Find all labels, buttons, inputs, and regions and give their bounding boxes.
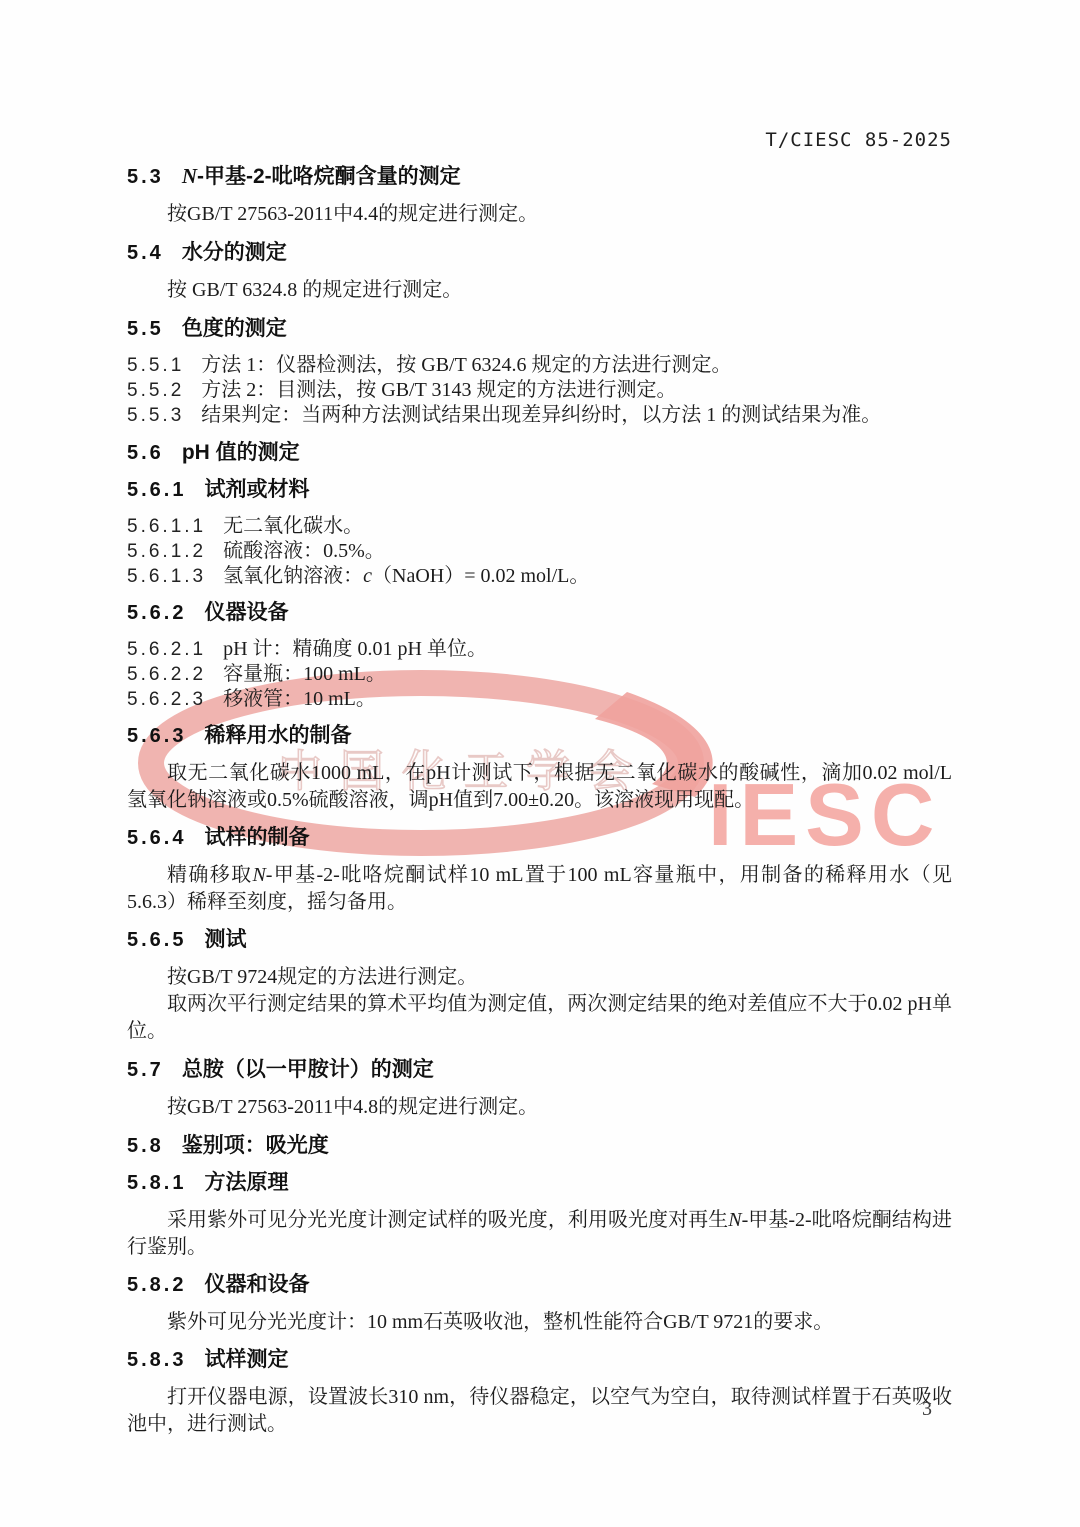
text-run: 取无二氧化碳水1000 mL，在pH计测试下，根据无二氧化碳水的酸碱性，滴加0.… bbox=[127, 762, 952, 811]
section-heading: 5.3N-甲基-2-吡咯烷酮含量的测定 bbox=[127, 163, 952, 190]
subsection-heading: 5.6.4试样的制备 bbox=[127, 825, 952, 851]
paragraph: 打开仪器电源，设置波长310 nm，待仪器稳定，以空气为空白，取待测试样置于石英… bbox=[127, 1384, 952, 1438]
clause-number: 5.6.2.1 bbox=[127, 639, 206, 660]
text-run: 氢氧化钠溶液： bbox=[223, 565, 363, 587]
subsection-heading: 5.8.2仪器和设备 bbox=[127, 1272, 952, 1298]
paragraph: 按GB/T 27563-2011中4.8的规定进行测定。 bbox=[127, 1094, 952, 1121]
italic-text: N bbox=[252, 864, 265, 886]
section-heading: 5.6pH 值的测定 bbox=[127, 440, 952, 466]
clause-item: 5.6.1.2硫酸溶液：0.5%。 bbox=[127, 539, 952, 564]
clause-number: 5.6.2.3 bbox=[127, 689, 206, 710]
text-run: 鉴别项：吸光度 bbox=[182, 1134, 329, 1157]
text-run: pH 计：精确度 0.01 pH 单位。 bbox=[223, 638, 487, 660]
clause-number: 5.6 bbox=[127, 442, 164, 464]
text-run: 按GB/T 27563-2011中4.8的规定进行测定。 bbox=[167, 1096, 538, 1118]
text-run: 结果判定：当两种方法测试结果出现差异纠纷时，以方法 1 的测试结果为准。 bbox=[201, 404, 881, 426]
text-run: 试样的制备 bbox=[204, 826, 309, 849]
clause-item: 5.6.1.3氢氧化钠溶液：c（NaOH）= 0.02 mol/L。 bbox=[127, 564, 952, 589]
clause-number: 5.5.1 bbox=[127, 355, 184, 376]
section-heading: 5.7总胺（以一甲胺计）的测定 bbox=[127, 1057, 952, 1083]
clause-number: 5.4 bbox=[127, 242, 164, 264]
clause-item: 5.6.1.1无二氧化碳水。 bbox=[127, 514, 952, 539]
clause-number: 5.6.2 bbox=[127, 602, 186, 624]
text-run: 方法 2：目测法，按 GB/T 3143 规定的方法进行测定。 bbox=[201, 379, 676, 401]
subsection-heading: 5.8.3试样测定 bbox=[127, 1347, 952, 1373]
paragraph: 采用紫外可见分光光度计测定试样的吸光度，利用吸光度对再生N-甲基-2-吡咯烷酮结… bbox=[127, 1207, 952, 1261]
text-run: 色度的测定 bbox=[182, 317, 287, 340]
subsection-heading: 5.6.1试剂或材料 bbox=[127, 477, 952, 503]
paragraph: 按GB/T 9724规定的方法进行测定。 bbox=[127, 964, 952, 991]
text-run: 按 GB/T 6324.8 的规定进行测定。 bbox=[167, 279, 462, 301]
subsection-heading: 5.6.3稀释用水的制备 bbox=[127, 723, 952, 749]
italic-text: c bbox=[363, 565, 372, 587]
text-run: 按GB/T 27563-2011中4.4的规定进行测定。 bbox=[167, 203, 538, 225]
text-run: 精确移取 bbox=[167, 864, 252, 886]
clause-number: 5.6.3 bbox=[127, 725, 186, 747]
clause-number: 5.6.1 bbox=[127, 479, 186, 501]
clause-number: 5.5 bbox=[127, 318, 164, 340]
subsection-heading: 5.6.5测试 bbox=[127, 927, 952, 953]
clause-item: 5.6.2.3移液管：10 mL。 bbox=[127, 687, 952, 712]
italic-text: N bbox=[182, 164, 197, 188]
clause-number: 5.6.1.1 bbox=[127, 516, 206, 537]
clause-number: 5.3 bbox=[127, 166, 164, 188]
text-run: 总胺（以一甲胺计）的测定 bbox=[182, 1058, 434, 1081]
subsection-heading: 5.8.1方法原理 bbox=[127, 1170, 952, 1196]
section-heading: 5.8鉴别项：吸光度 bbox=[127, 1133, 952, 1159]
text-run: 稀释用水的制备 bbox=[204, 724, 351, 747]
doc-code-header: T/CIESC 85-2025 bbox=[127, 129, 952, 151]
text-run: 水分的测定 bbox=[182, 241, 287, 264]
text-run: 取两次平行测定结果的算术平均值为测定值，两次测定结果的绝对差值应不大于0.02 … bbox=[127, 993, 952, 1042]
clause-number: 5.8.1 bbox=[127, 1172, 186, 1194]
text-run: 方法原理 bbox=[204, 1171, 288, 1194]
clause-number: 5.6.1.3 bbox=[127, 566, 206, 587]
clause-number: 5.8 bbox=[127, 1135, 164, 1157]
text-run: 测试 bbox=[204, 928, 246, 951]
italic-text: N bbox=[728, 1209, 741, 1231]
text-run: 打开仪器电源，设置波长310 nm，待仪器稳定，以空气为空白，取待测试样置于石英… bbox=[127, 1386, 952, 1435]
text-run: 移液管：10 mL。 bbox=[223, 688, 376, 710]
text-run: -甲基-2-吡咯烷酮含量的测定 bbox=[197, 165, 461, 188]
section-heading: 5.4水分的测定 bbox=[127, 240, 952, 266]
text-run: 按GB/T 9724规定的方法进行测定。 bbox=[167, 966, 477, 988]
clause-number: 5.5.3 bbox=[127, 405, 184, 426]
text-run: 硫酸溶液：0.5%。 bbox=[223, 540, 385, 562]
clause-item: 5.5.3结果判定：当两种方法测试结果出现差异纠纷时，以方法 1 的测试结果为准… bbox=[127, 403, 952, 428]
text-run: 试剂或材料 bbox=[204, 478, 309, 501]
paragraph: 紫外可见分光光度计：10 mm石英吸收池，整机性能符合GB/T 9721的要求。 bbox=[127, 1309, 952, 1336]
clause-number: 5.6.2.2 bbox=[127, 664, 206, 685]
text-run: 仪器设备 bbox=[204, 601, 288, 624]
clause-item: 5.5.2方法 2：目测法，按 GB/T 3143 规定的方法进行测定。 bbox=[127, 378, 952, 403]
paragraph: 取两次平行测定结果的算术平均值为测定值，两次测定结果的绝对差值应不大于0.02 … bbox=[127, 991, 952, 1045]
document-body: 5.3N-甲基-2-吡咯烷酮含量的测定按GB/T 27563-2011中4.4的… bbox=[127, 163, 952, 1438]
clause-number: 5.8.3 bbox=[127, 1349, 186, 1371]
clause-number: 5.6.5 bbox=[127, 929, 186, 951]
page-number: 3 bbox=[922, 1398, 932, 1421]
paragraph: 按GB/T 27563-2011中4.4的规定进行测定。 bbox=[127, 201, 952, 228]
text-run: （NaOH）= 0.02 mol/L。 bbox=[372, 565, 589, 587]
text-run: 试样测定 bbox=[204, 1348, 288, 1371]
text-run: pH 值的测定 bbox=[182, 441, 300, 464]
text-run: 紫外可见分光光度计：10 mm石英吸收池，整机性能符合GB/T 9721的要求。 bbox=[167, 1311, 833, 1333]
text-run: 无二氧化碳水。 bbox=[223, 515, 363, 537]
page-content: T/CIESC 85-2025 5.3N-甲基-2-吡咯烷酮含量的测定按GB/T… bbox=[0, 0, 1080, 1438]
text-run: 容量瓶：100 mL。 bbox=[223, 663, 386, 685]
paragraph: 精确移取N-甲基-2-吡咯烷酮试样10 mL置于100 mL容量瓶中，用制备的稀… bbox=[127, 862, 952, 916]
text-run: 采用紫外可见分光光度计测定试样的吸光度，利用吸光度对再生 bbox=[167, 1209, 728, 1231]
clause-item: 5.6.2.2容量瓶：100 mL。 bbox=[127, 662, 952, 687]
section-heading: 5.5色度的测定 bbox=[127, 316, 952, 342]
clause-number: 5.6.1.2 bbox=[127, 541, 206, 562]
document-page: 中国化工学会 IESC T/CIESC 85-2025 5.3N-甲基-2-吡咯… bbox=[0, 0, 1080, 1527]
clause-number: 5.6.4 bbox=[127, 827, 186, 849]
clause-number: 5.8.2 bbox=[127, 1274, 186, 1296]
subsection-heading: 5.6.2仪器设备 bbox=[127, 600, 952, 626]
text-run: 仪器和设备 bbox=[204, 1273, 309, 1296]
paragraph: 取无二氧化碳水1000 mL，在pH计测试下，根据无二氧化碳水的酸碱性，滴加0.… bbox=[127, 760, 952, 814]
clause-item: 5.6.2.1pH 计：精确度 0.01 pH 单位。 bbox=[127, 637, 952, 662]
clause-number: 5.7 bbox=[127, 1059, 164, 1081]
clause-number: 5.5.2 bbox=[127, 380, 184, 401]
clause-item: 5.5.1方法 1：仪器检测法，按 GB/T 6324.6 规定的方法进行测定。 bbox=[127, 353, 952, 378]
paragraph: 按 GB/T 6324.8 的规定进行测定。 bbox=[127, 277, 952, 304]
text-run: 方法 1：仪器检测法，按 GB/T 6324.6 规定的方法进行测定。 bbox=[201, 354, 731, 376]
